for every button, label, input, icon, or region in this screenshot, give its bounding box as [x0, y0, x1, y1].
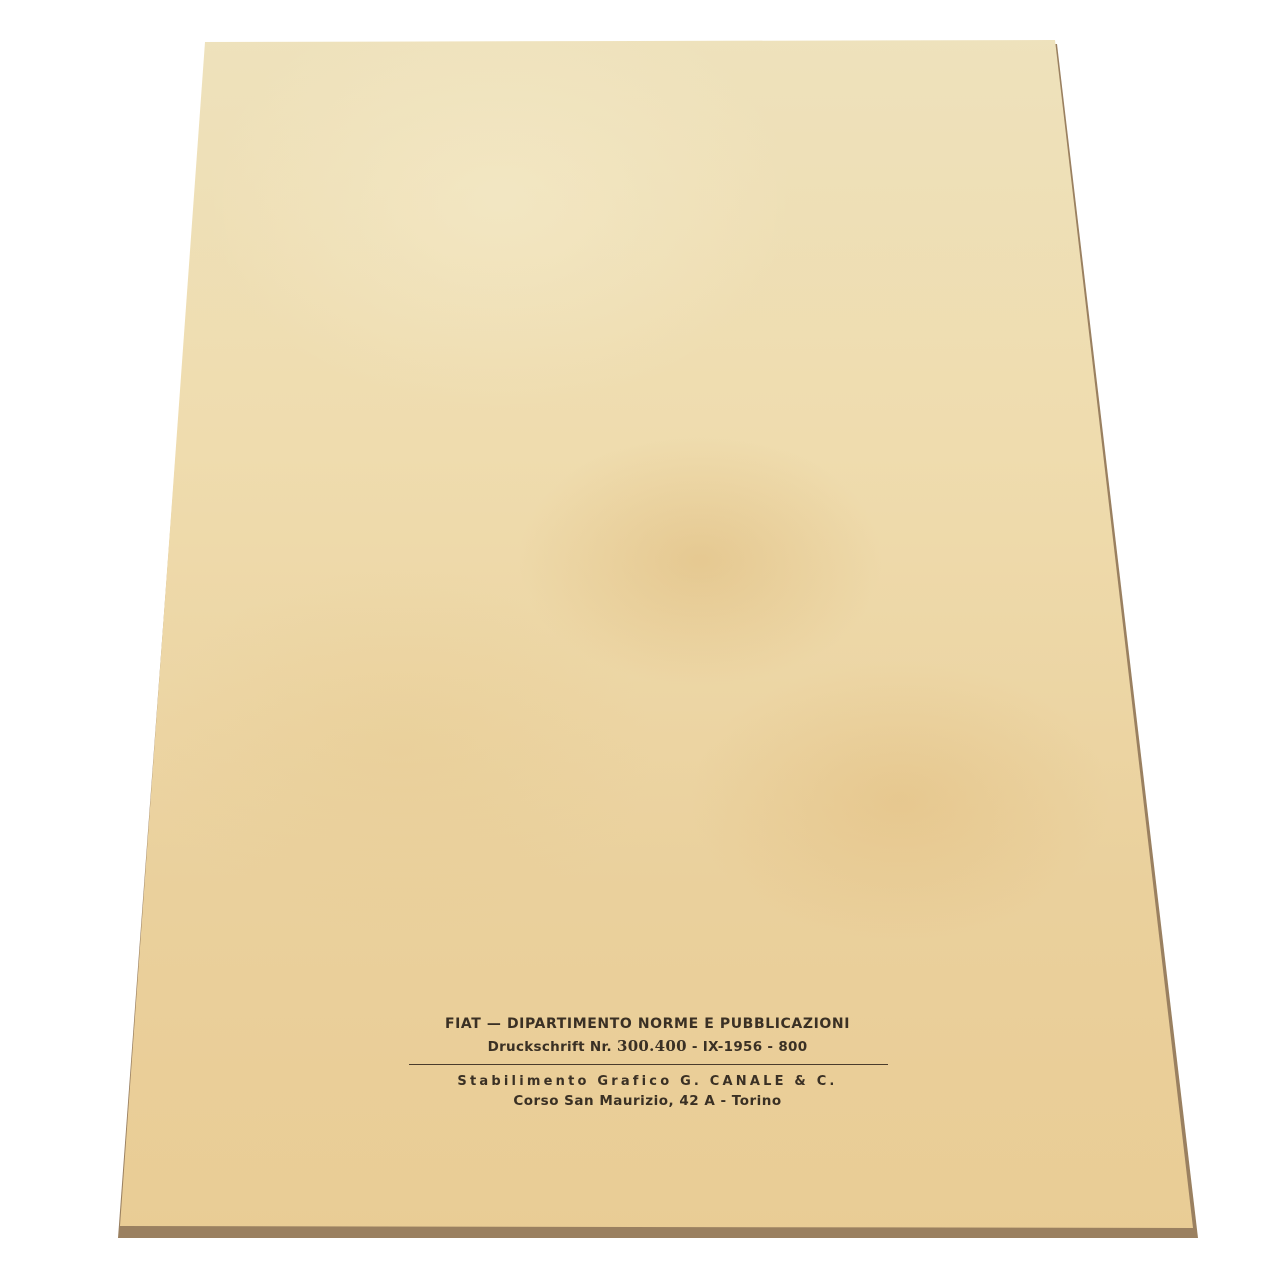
publication-prefix: Druckschrift Nr. — [488, 1039, 612, 1055]
publication-number-line: Druckschrift Nr. 300.400 - IX-1956 - 800 — [405, 1037, 890, 1055]
publication-date-run: - IX-1956 - 800 — [692, 1039, 808, 1055]
publication-number: 300.400 — [617, 1037, 687, 1055]
divider-rule — [409, 1064, 888, 1065]
printer-address-line: Corso San Maurizio, 42 A - Torino — [405, 1093, 890, 1109]
publisher-line: FIAT — DIPARTIMENTO NORME E PUBBLICAZION… — [405, 1016, 890, 1032]
publisher-imprint: FIAT — DIPARTIMENTO NORME E PUBBLICAZION… — [405, 1014, 890, 1109]
printer-line: Stabilimento Grafico G. CANALE & C. — [405, 1074, 890, 1089]
